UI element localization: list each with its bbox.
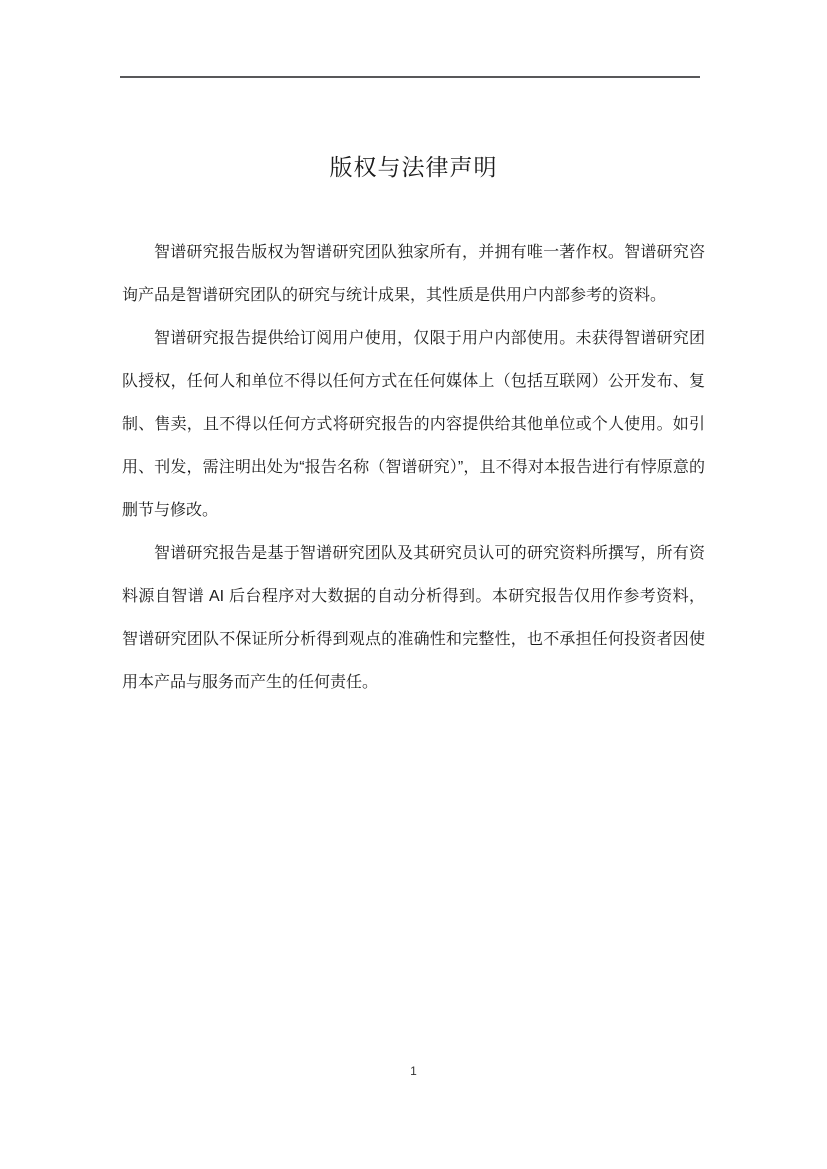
document-page: 版权与法律声明 智谱研究报告版权为智谱研究团队独家所有，并拥有唯一著作权。智谱研… [0,0,827,1169]
paragraph-disclaimer: 智谱研究报告是基于智谱研究团队及其研究员认可的研究资料所撰写，所有资料源自智谱 … [122,532,705,704]
document-body: 智谱研究报告版权为智谱研究团队独家所有，并拥有唯一著作权。智谱研究咨询产品是智谱… [122,231,705,704]
header-rule-divider [120,76,700,78]
paragraph-usage-restrictions: 智谱研究报告提供给订阅用户使用，仅限于用户内部使用。未获得智谱研究团队授权，任何… [122,317,705,532]
page-title: 版权与法律声明 [122,149,705,182]
paragraph-copyright-ownership: 智谱研究报告版权为智谱研究团队独家所有，并拥有唯一著作权。智谱研究咨询产品是智谱… [122,231,705,317]
page-number: 1 [0,1064,827,1078]
